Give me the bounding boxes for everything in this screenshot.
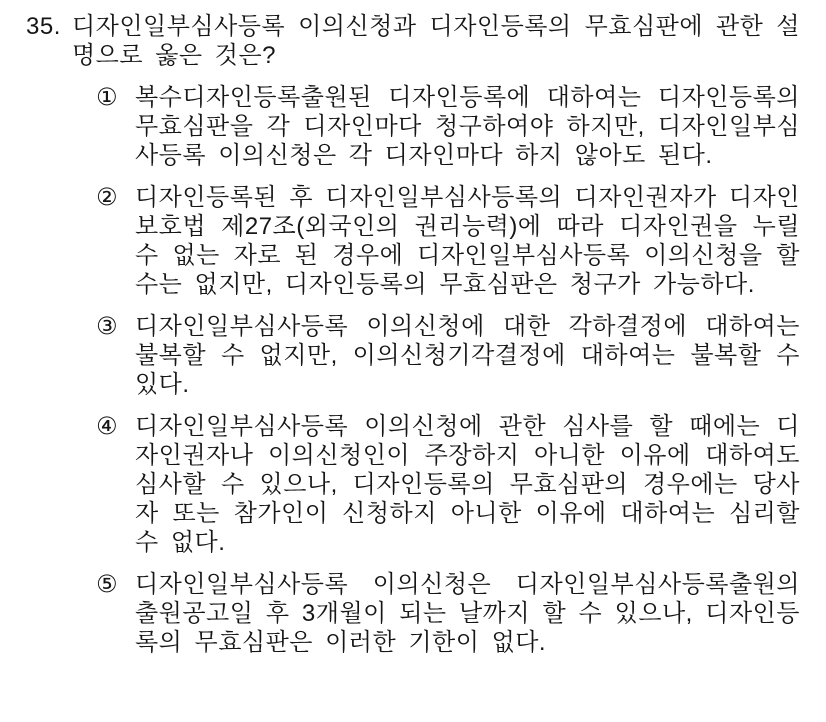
option-1-marker: ①	[96, 83, 135, 112]
option-2: ② 디자인등록된 후 디자인일부심사등록의 디자인권자가 디자인보호법 제27조…	[96, 183, 800, 299]
option-5-marker: ⑤	[96, 570, 135, 599]
option-1: ① 복수디자인등록출원된 디자인등록에 대하여는 디자인등록의 무효심판을 각 …	[96, 83, 800, 170]
question-text: 디자인일부심사등록 이의신청과 디자인등록의 무효심판에 관한 설명으로 옳은 …	[72, 12, 800, 70]
option-3-text: 디자인일부심사등록 이의신청에 대한 각하결정에 대하여는 불복할 수 없지만,…	[135, 312, 800, 399]
option-3-marker: ③	[96, 312, 135, 341]
option-1-text: 복수디자인등록출원된 디자인등록에 대하여는 디자인등록의 무효심판을 각 디자…	[135, 83, 800, 170]
option-4-text: 디자인일부심사등록 이의신청에 관한 심사를 할 때에는 디자인권자나 이의신청…	[135, 412, 800, 557]
option-4: ④ 디자인일부심사등록 이의신청에 관한 심사를 할 때에는 디자인권자나 이의…	[96, 412, 800, 557]
exam-question-page: 35. 디자인일부심사등록 이의신청과 디자인등록의 무효심판에 관한 설명으로…	[0, 0, 826, 722]
options-list: ① 복수디자인등록출원된 디자인등록에 대하여는 디자인등록의 무효심판을 각 …	[96, 83, 800, 657]
question-block: 35. 디자인일부심사등록 이의신청과 디자인등록의 무효심판에 관한 설명으로…	[26, 12, 800, 70]
option-2-marker: ②	[96, 183, 135, 212]
option-5-text: 디자인일부심사등록 이의신청은 디자인일부심사등록출원의 출원공고일 후 3개월…	[135, 570, 800, 657]
option-2-text: 디자인등록된 후 디자인일부심사등록의 디자인권자가 디자인보호법 제27조(외…	[135, 183, 800, 299]
question-number: 35.	[26, 12, 72, 41]
option-5: ⑤ 디자인일부심사등록 이의신청은 디자인일부심사등록출원의 출원공고일 후 3…	[96, 570, 800, 657]
option-4-marker: ④	[96, 412, 135, 441]
option-3: ③ 디자인일부심사등록 이의신청에 대한 각하결정에 대하여는 불복할 수 없지…	[96, 312, 800, 399]
